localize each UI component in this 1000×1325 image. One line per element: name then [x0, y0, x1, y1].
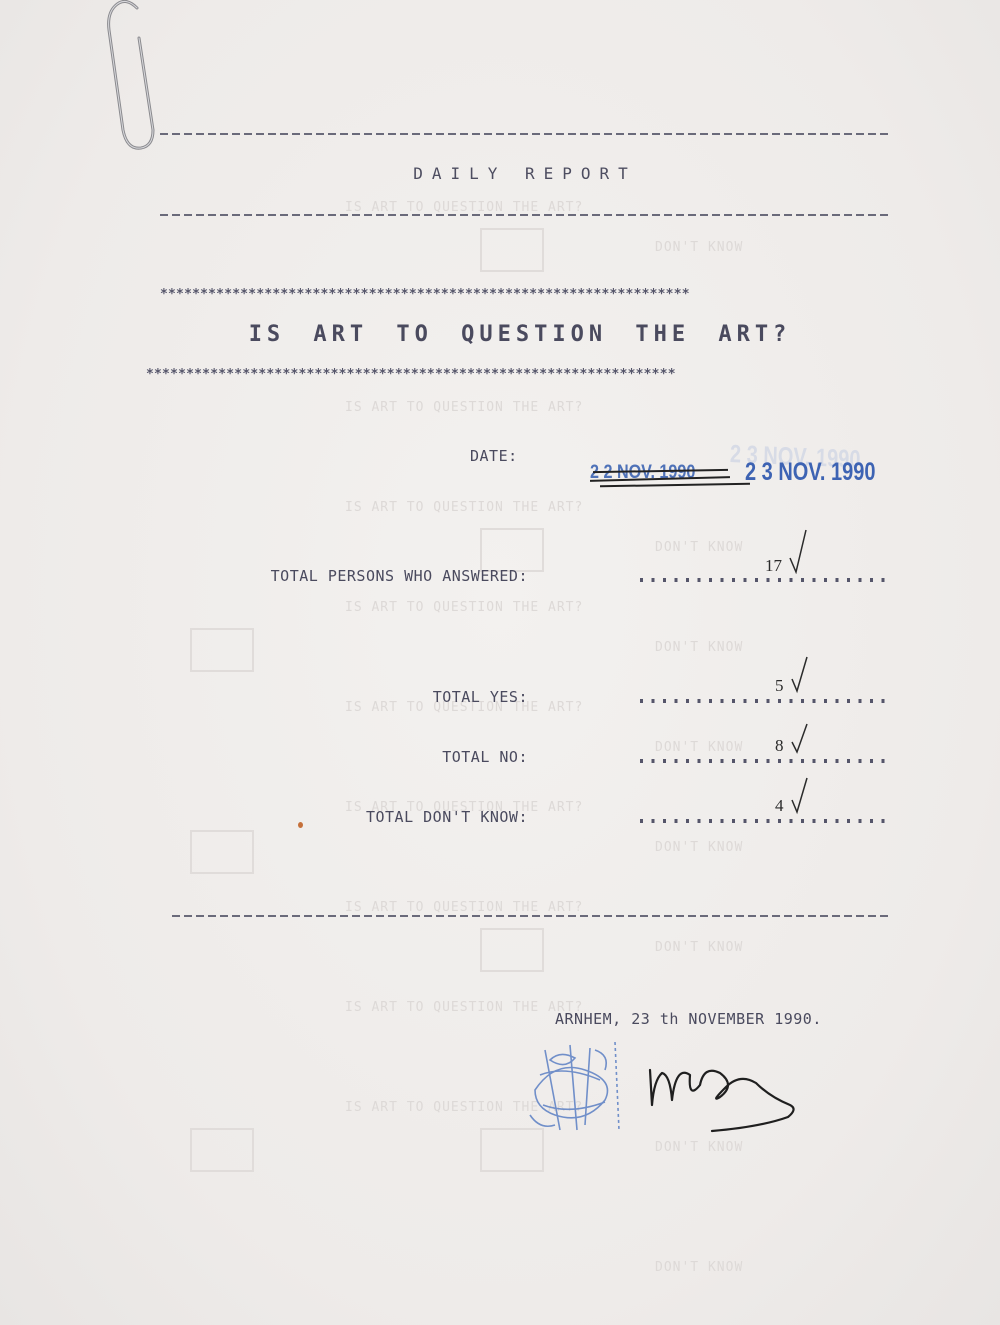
ghost-text: IS ART TO QUESTION THE ART? [345, 500, 583, 515]
ghost-checkbox [480, 928, 544, 972]
checkmark-icon [790, 722, 810, 756]
ghost-text: DON'T KNOW [655, 840, 743, 855]
dotted-leader [640, 819, 890, 823]
row-label-total-dont-know: TOTAL DON'T KNOW: [366, 808, 528, 826]
ghost-checkbox [190, 830, 254, 874]
handwritten-value: 5 [775, 676, 784, 696]
dotted-leader [640, 699, 890, 703]
ghost-text: IS ART TO QUESTION THE ART? [345, 1000, 583, 1015]
survey-question: IS ART TO QUESTION THE ART? [0, 322, 1000, 347]
checkmark-icon [790, 776, 810, 816]
monogram-stamp-icon [515, 1030, 635, 1140]
dashed-divider [160, 214, 890, 216]
ghost-text: DON'T KNOW [655, 940, 743, 955]
checkmark-icon [788, 528, 808, 574]
row-label-total-persons: TOTAL PERSONS WHO ANSWERED: [271, 567, 528, 585]
ghost-checkbox [480, 228, 544, 272]
ghost-text: DON'T KNOW [655, 540, 743, 555]
report-title: DAILY REPORT [0, 164, 1000, 183]
ghost-text: IS ART TO QUESTION THE ART? [345, 600, 583, 615]
dashed-divider [160, 133, 890, 135]
ghost-text: IS ART TO QUESTION THE ART? [345, 200, 583, 215]
checkmark-icon [790, 655, 810, 695]
ghost-checkbox [190, 1128, 254, 1172]
place-and-date: ARNHEM, 23 th NOVEMBER 1990. [555, 1010, 822, 1028]
ghost-text: DON'T KNOW [655, 1260, 743, 1275]
paper-sheet: IS ART TO QUESTION THE ART? IS ART TO QU… [0, 0, 1000, 1325]
ghost-text: IS ART TO QUESTION THE ART? [345, 900, 583, 915]
stain-mark [298, 822, 303, 828]
row-label-total-yes: TOTAL YES: [433, 688, 528, 706]
dotted-leader [640, 578, 890, 582]
ghost-text: DON'T KNOW [655, 240, 743, 255]
dashed-divider [172, 915, 890, 917]
ghost-text: DON'T KNOW [655, 640, 743, 655]
ghost-text: DON'T KNOW [655, 1140, 743, 1155]
star-divider: ****************************************… [160, 287, 890, 302]
row-label-total-no: TOTAL NO: [442, 748, 528, 766]
ghost-text: IS ART TO QUESTION THE ART? [345, 400, 583, 415]
ghost-checkbox [480, 528, 544, 572]
handwritten-value: 8 [775, 736, 784, 756]
ghost-text: DON'T KNOW [655, 740, 743, 755]
star-divider: ****************************************… [146, 367, 890, 382]
dotted-leader [640, 759, 890, 763]
ghost-checkbox [190, 628, 254, 672]
signature-icon [640, 1045, 820, 1135]
date-label: DATE: [470, 447, 518, 465]
handwritten-value: 17 [765, 556, 782, 576]
date-stamp: 2 3 NOV. 1990 [745, 458, 875, 487]
paperclip-icon [95, 0, 165, 160]
handwritten-value: 4 [775, 796, 784, 816]
